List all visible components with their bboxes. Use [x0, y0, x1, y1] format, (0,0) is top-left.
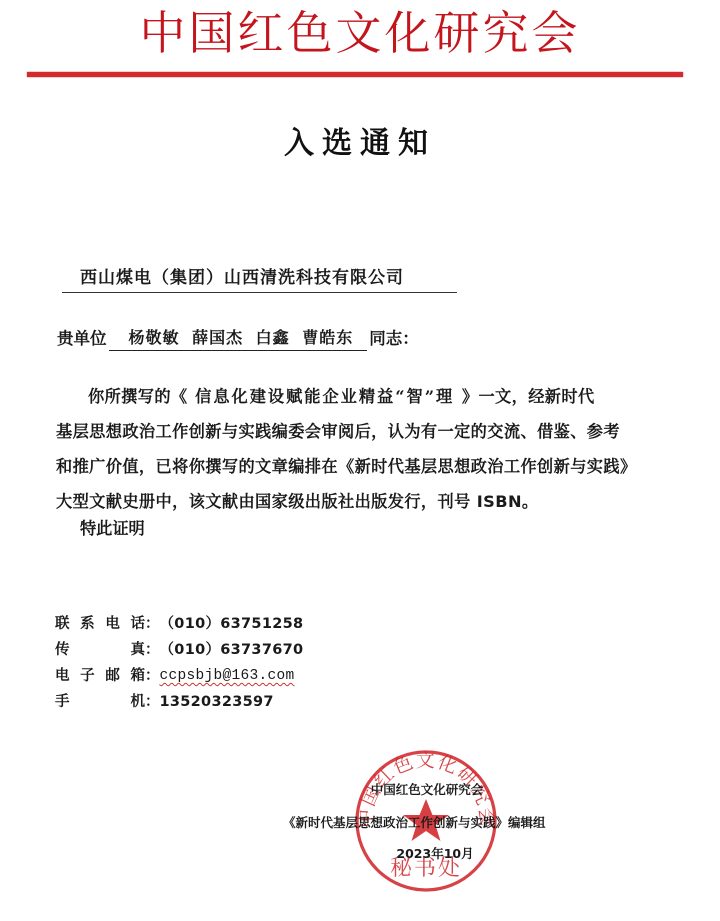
salutation-suffix: 同志： [369, 327, 419, 351]
contact-label: 手机 [55, 689, 145, 715]
colon: ： [145, 689, 160, 715]
contact-phone: 联系电话：（010）63751258 [55, 611, 303, 637]
contact-value: （010）63737670 [160, 637, 304, 663]
email-text: ccpsbjb@163.com [160, 668, 295, 684]
contact-info: 联系电话：（010）63751258 传真：（010）63737670 电子邮箱… [55, 611, 303, 715]
colon: ： [145, 611, 160, 637]
colon: ： [145, 637, 160, 663]
certify-statement: 特此证明 [80, 515, 145, 543]
body-line-1: 你所撰写的《 信息化建设赋能企业精益“智”理 》一文，经新时代 [56, 379, 672, 414]
body-line1-prefix: 你所撰写的《 [88, 387, 188, 406]
signoff-date: 2023年10月 [385, 846, 485, 862]
recipient-names: 杨敬敏 薛国杰 白鑫 曹皓东 [109, 326, 368, 351]
body-line-3: 和推广价值，已将你撰写的文章编排在《新时代基层思想政治工作创新与实践》 [56, 449, 672, 484]
signoff-editorial-group: 《新时代基层思想政治工作创新与实践》编辑组 [283, 815, 603, 831]
article-title: 信息化建设赋能企业精益“智”理 [188, 387, 462, 406]
recipient-company: 西山煤电（集团）山西清洗科技有限公司 [62, 266, 457, 293]
signoff-organization: 中国红色文化研究会 [362, 782, 492, 798]
body-line-4: 大型文献史册中，该文献由国家级出版社出版发行，刊号 ISBN。 [56, 484, 672, 519]
letterhead-organization-title: 中国红色文化研究会 [0, 4, 720, 62]
contact-email: 电子邮箱：ccpsbjb@163.com [55, 663, 303, 689]
letterhead-red-rule [27, 72, 683, 77]
contact-mobile: 手机：13520323597 [55, 689, 303, 715]
colon: ： [145, 663, 160, 689]
notice-body: 你所撰写的《 信息化建设赋能企业精益“智”理 》一文，经新时代 基层思想政治工作… [56, 379, 672, 519]
body-line-2: 基层思想政治工作创新与实践编委会审阅后，认为有一定的交流、借鉴、参考 [56, 414, 672, 449]
contact-label: 电子邮箱 [55, 663, 145, 689]
contact-fax: 传真：（010）63737670 [55, 637, 303, 663]
contact-label: 联系电话 [55, 611, 145, 637]
contact-email-value[interactable]: ccpsbjb@163.com [160, 663, 295, 689]
contact-value: （010）63751258 [160, 611, 304, 637]
salutation-line: 贵单位 杨敬敏 薛国杰 白鑫 曹皓东 同志： [57, 326, 419, 351]
salutation-prefix: 贵单位 [57, 327, 107, 351]
contact-label: 传真 [55, 637, 145, 663]
contact-value: 13520323597 [160, 689, 274, 715]
body-line1-suffix: 》一文，经新时代 [462, 387, 595, 406]
notice-title: 入选通知 [0, 124, 720, 164]
